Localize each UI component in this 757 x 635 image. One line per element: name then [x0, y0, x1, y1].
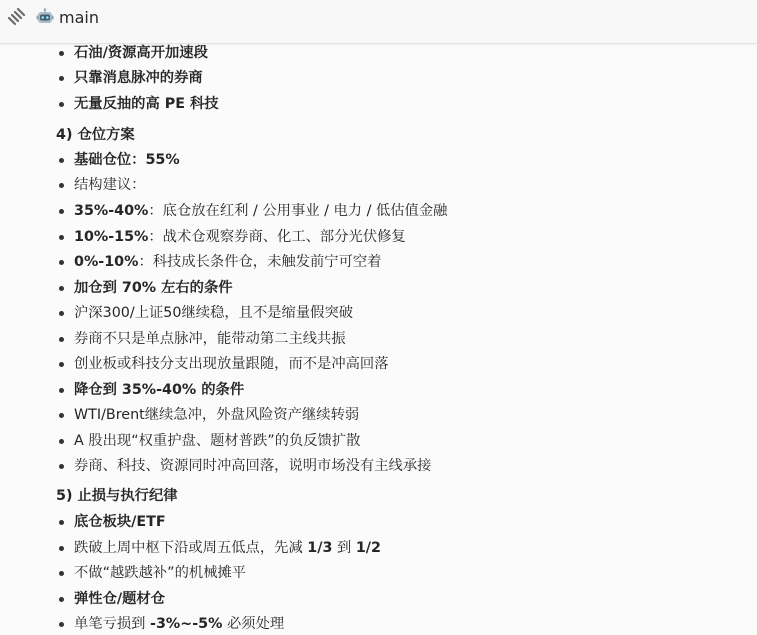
list-item: 10%-15%：战术仓观察券商、化工、部分光伏修复	[74, 227, 406, 247]
list-item: 加仓到 70% 左右的条件	[74, 278, 233, 298]
list-item: 无量反抽的高 PE 科技	[74, 94, 219, 114]
list-item: 券商不只是单点脉冲，能带动第二主线共振	[74, 329, 346, 349]
message-content: 石油/资源高开加速段 只靠消息脉冲的券商 无量反抽的高 PE 科技 4) 仓位方…	[0, 43, 757, 635]
list-item: 创业板或科技分支出现放量跟随，而不是冲高回落	[74, 354, 389, 374]
robot-emoji-icon	[36, 8, 54, 26]
list-item: WTI/Brent继续急冲，外盘风险资产继续转弱	[74, 405, 359, 425]
list-item: 只靠消息脉冲的券商	[74, 68, 203, 88]
list-item: 石油/资源高开加速段	[74, 43, 208, 63]
list-item: 0%-10%：科技成长条件仓，未触发前宁可空着	[74, 252, 381, 272]
list-item: 底仓板块/ETF	[74, 512, 166, 532]
list-item: 弹性仓/题材仓	[74, 589, 165, 609]
list-item: 基础仓位：55%	[74, 150, 180, 170]
list-item: 不做“越跌越补”的机械摊平	[74, 563, 246, 583]
list-item: 35%-40%：底仓放在红利 / 公用事业 / 电力 / 低估值金融	[74, 201, 447, 221]
list-item: 单笔亏损到 -3%~-5% 必须处理	[74, 614, 284, 634]
section-heading: 5) 止损与执行纪律	[56, 486, 178, 506]
page-title: main	[59, 8, 99, 28]
list-item: 结构建议：	[74, 175, 145, 195]
list-item: 沪深300/上证50继续稳，且不是缩量假突破	[74, 303, 353, 323]
list-item: 跌破上周中枢下沿或周五低点，先减 1/3 到 1/2	[74, 538, 381, 558]
top-bar: main	[0, 0, 757, 44]
list-item: 降仓到 35%-40% 的条件	[74, 380, 244, 400]
sidebar-toggle-icon[interactable]	[6, 8, 28, 30]
section-heading: 4) 仓位方案	[56, 125, 135, 145]
list-item: 券商、科技、资源同时冲高回落，说明市场没有主线承接	[74, 456, 431, 476]
list-item: A 股出现“权重护盘、题材普跌”的负反馈扩散	[74, 431, 360, 451]
